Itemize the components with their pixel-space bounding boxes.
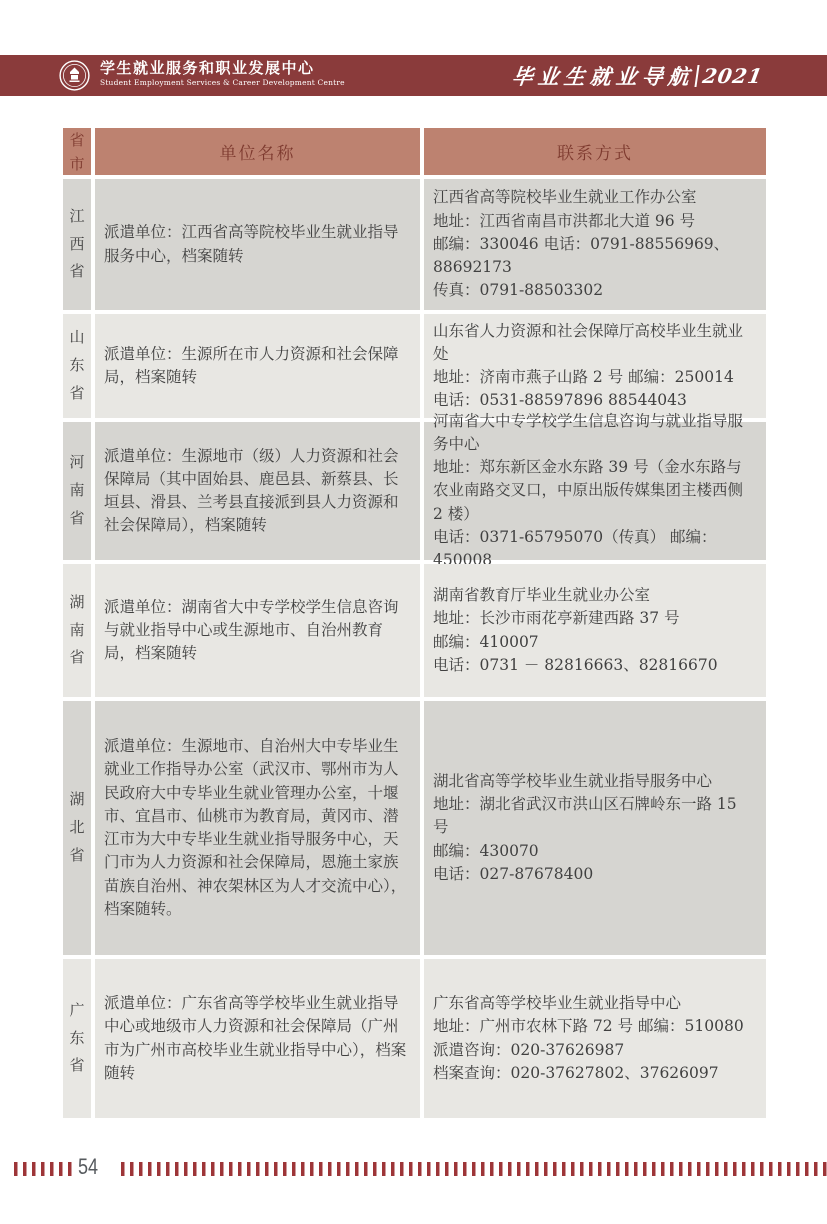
table-row-contact: 湖北省高等学校毕业生就业指导服务中心 地址：湖北省武汉市洪山区石牌岭东一路 15… [424,701,766,955]
table-row-unit: 派遣单位：生源所在市人力资源和社会保障局，档案随转 [95,314,420,418]
contact-line: 邮编：330046 电话：0791-88556969、88692173 [433,233,756,280]
table-row-province: 湖南省 [63,564,91,697]
column-header-unit: 单位名称 [95,128,420,175]
footer-tick-pattern-right [121,1162,827,1176]
column-header-province: 省市 [63,128,91,175]
unit-text: 派遣单位：湖南省大中专学校学生信息咨询与就业指导中心或生源地市、自治州教育局，档… [104,596,410,666]
table-row-contact: 江西省高等院校毕业生就业工作办公室 地址：江西省南昌市洪都北大道 96 号 邮编… [424,179,766,310]
banner-divider [695,65,700,87]
contact-line: 广东省高等学校毕业生就业指导中心 [433,992,756,1015]
unit-text: 派遣单位：生源所在市人力资源和社会保障局，档案随转 [104,343,410,390]
table-row-unit: 派遣单位：生源地市、自治州大中专毕业生就业工作指导办公室（武汉市、鄂州市为人民政… [95,701,420,955]
contact-line: 地址：广州市农林下路 72 号 邮编：510080 [433,1015,756,1038]
unit-text: 派遣单位：生源地市（级）人力资源和社会保障局（其中固始县、鹿邑县、新蔡县、长垣县… [104,445,410,538]
unit-text: 派遣单位：江西省高等院校毕业生就业指导服务中心，档案随转 [104,221,410,268]
table-row-contact: 河南省大中专学校学生信息咨询与就业指导服务中心 地址：郑东新区金水东路 39 号… [424,422,766,560]
contact-line: 山东省人力资源和社会保障厅高校毕业生就业处 [433,320,756,367]
unit-text: 派遣单位：广东省高等学校毕业生就业指导中心或地级市人力资源和社会保障局（广州市为… [104,992,410,1085]
table-row-unit: 派遣单位：生源地市（级）人力资源和社会保障局（其中固始县、鹿邑县、新蔡县、长垣县… [95,422,420,560]
brand-subtitle: Student Employment Services & Career Dev… [100,78,345,88]
contact-line: 地址：江西省南昌市洪都北大道 96 号 [433,210,756,233]
page-header-banner: 学生就业服务和职业发展中心 Student Employment Service… [0,55,827,96]
footer-tick-pattern-left [14,1162,74,1176]
contact-line: 派遣咨询：020-37626987 [433,1039,756,1062]
province-contact-table: 省市 单位名称 联系方式 江西省 派遣单位：江西省高等院校毕业生就业指导服务中心… [63,128,766,1118]
contact-line: 地址：湖北省武汉市洪山区石牌岭东一路 15 号 [433,793,756,840]
table-row-contact: 山东省人力资源和社会保障厅高校毕业生就业处 地址：济南市燕子山路 2 号 邮编：… [424,314,766,418]
table-row-province: 河南省 [63,422,91,560]
column-header-contact: 联系方式 [424,128,766,175]
table-row-province: 江西省 [63,179,91,310]
table-row-province: 广东省 [63,959,91,1118]
table-row-contact: 湖南省教育厅毕业生就业办公室 地址：长沙市雨花亭新建西路 37 号 邮编：410… [424,564,766,697]
contact-line: 湖北省高等学校毕业生就业指导服务中心 [433,770,756,793]
contact-line: 电话：0731 － 82816663、82816670 [433,654,756,677]
contact-line: 湖南省教育厅毕业生就业办公室 [433,584,756,607]
contact-line: 地址：济南市燕子山路 2 号 邮编：250014 [433,366,756,389]
contact-line: 地址：长沙市雨花亭新建西路 37 号 [433,607,756,630]
contact-line: 电话：027-87678400 [433,863,756,886]
table-row-unit: 派遣单位：广东省高等学校毕业生就业指导中心或地级市人力资源和社会保障局（广州市为… [95,959,420,1118]
table-row-contact: 广东省高等学校毕业生就业指导中心 地址：广州市农林下路 72 号 邮编：5100… [424,959,766,1118]
contact-line: 档案查询：020-37627802、37626097 [433,1062,756,1085]
table-row-unit: 派遣单位：江西省高等院校毕业生就业指导服务中心，档案随转 [95,179,420,310]
brand-block: 学生就业服务和职业发展中心 Student Employment Service… [100,59,345,88]
contact-line: 河南省大中专学校学生信息咨询与就业指导服务中心 [433,410,756,457]
contact-line: 邮编：410007 [433,631,756,654]
table-row-province: 山东省 [63,314,91,418]
banner-edition: 毕业生就业导航 2021 [512,55,763,96]
brand-title: 学生就业服务和职业发展中心 [100,59,345,77]
contact-line: 邮编：430070 [433,840,756,863]
unit-text: 派遣单位：生源地市、自治州大中专毕业生就业工作指导办公室（武汉市、鄂州市为人民政… [104,735,410,921]
page-number: 54 [78,1156,112,1178]
banner-edition-title: 毕业生就业导航 [511,61,696,91]
contact-line: 传真：0791-88503302 [433,279,756,302]
contact-line: 地址：郑东新区金水东路 39 号（金水东路与农业南路交叉口，中原出版传媒集团主楼… [433,456,756,526]
contact-line: 江西省高等院校毕业生就业工作办公室 [433,186,756,209]
banner-edition-year: 2021 [701,64,765,88]
table-row-province: 湖北省 [63,701,91,955]
table-row-unit: 派遣单位：湖南省大中专学校学生信息咨询与就业指导中心或生源地市、自治州教育局，档… [95,564,420,697]
university-seal-logo [59,60,90,91]
